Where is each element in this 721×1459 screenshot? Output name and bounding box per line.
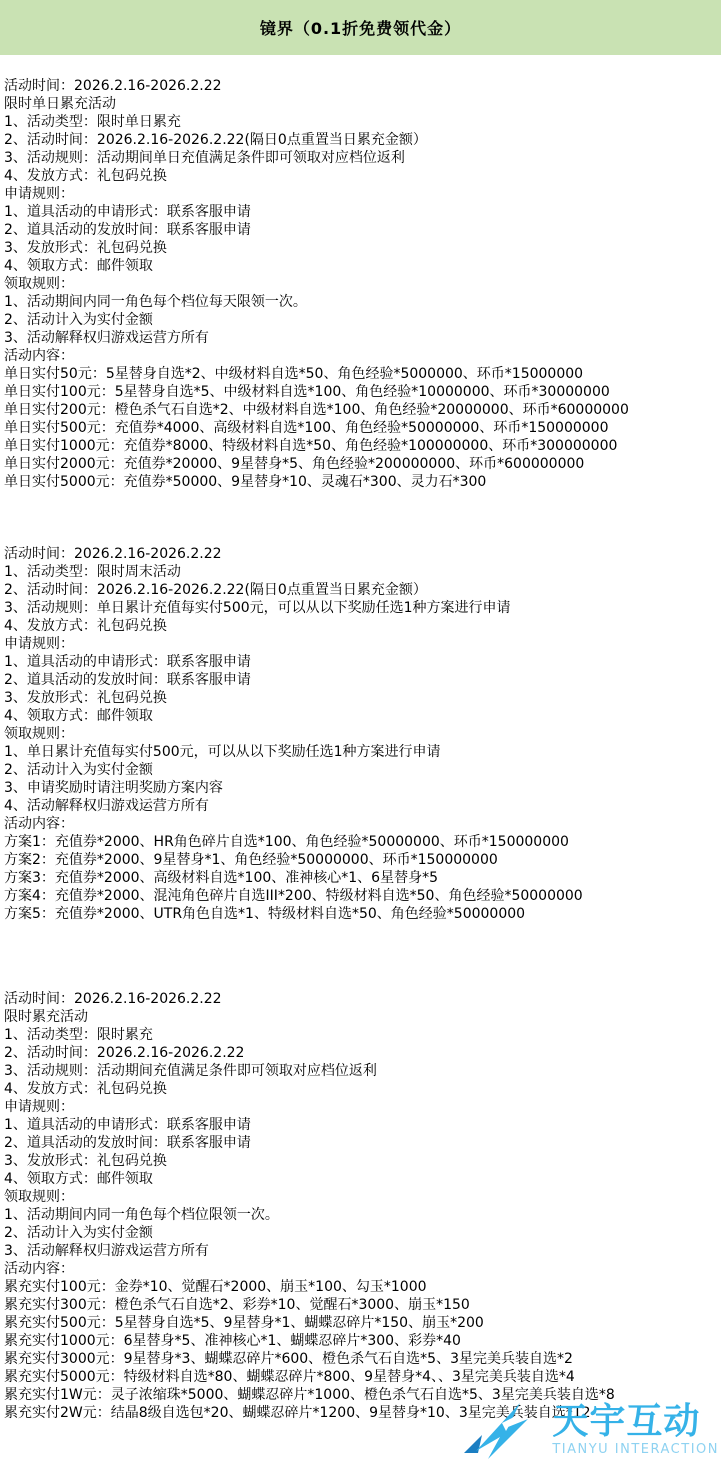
text-line: 累充实付100元：金券*10、觉醒石*2000、崩玉*100、勾玉*1000: [4, 1278, 719, 1296]
text-line: 限时累充活动: [4, 1008, 719, 1026]
text-line: 1、道具活动的申请形式：联系客服申请: [4, 1116, 719, 1134]
text-line: 方案4：充值券*2000、混沌角色碎片自选III*200、特级材料自选*50、角…: [4, 887, 719, 905]
tianyu-watermark-logo: 天宇互动 TIANYU INTERACTION: [462, 1397, 719, 1459]
text-line: 2、道具活动的发放时间：联系客服申请: [4, 1134, 719, 1152]
text-line: 领取规则：: [4, 1188, 719, 1206]
page-title: 镜界（0.1折免费领代金）: [260, 16, 461, 39]
text-line: 3、发放形式：礼包码兑换: [4, 239, 719, 257]
announcement-page: 镜界（0.1折免费领代金） 活动时间：2026.2.16-2026.2.22限时…: [0, 0, 721, 1459]
document-body: 活动时间：2026.2.16-2026.2.22限时单日累充活动1、活动类型：限…: [0, 55, 721, 1422]
text-line: 2、活动计入为实付金额: [4, 1224, 719, 1242]
text-line: 2、活动计入为实付金额: [4, 311, 719, 329]
text-line: 申请规则：: [4, 635, 719, 653]
text-line: 单日实付5000元：充值券*50000、9星替身*10、灵魂石*300、灵力石*…: [4, 473, 719, 491]
text-line: 累充实付5000元：特级材料自选*80、蝴蝶忍碎片*800、9星替身*4、、3星…: [4, 1368, 719, 1386]
text-line: 1、活动类型：限时累充: [4, 1026, 719, 1044]
text-line: 单日实付1000元：充值券*8000、特级材料自选*50、角色经验*100000…: [4, 437, 719, 455]
text-line: 1、活动期间内同一角色每个档位每天限领一次。: [4, 293, 719, 311]
text-line: 4、领取方式：邮件领取: [4, 1170, 719, 1188]
text-line: 单日实付2000元：充值券*20000、9星替身*5、角色经验*20000000…: [4, 455, 719, 473]
text-line: 单日实付200元：橙色杀气石自选*2、中级材料自选*100、角色经验*20000…: [4, 401, 719, 419]
text-line: 累充实付1000元：6星替身*5、准神核心*1、蝴蝶忍碎片*300、彩券*40: [4, 1332, 719, 1350]
text-line: 方案3：充值券*2000、高级材料自选*100、准神核心*1、6星替身*5: [4, 869, 719, 887]
text-line: 3、活动解释权归游戏运营方所有: [4, 329, 719, 347]
text-line: 申请规则：: [4, 185, 719, 203]
text-line: 单日实付500元：充值券*4000、高级材料自选*100、角色经验*500000…: [4, 419, 719, 437]
text-line: 4、发放方式：礼包码兑换: [4, 1080, 719, 1098]
text-line: 活动内容：: [4, 815, 719, 833]
activity-section-limited-cumulative-recharge: 活动时间：2026.2.16-2026.2.22限时累充活动1、活动类型：限时累…: [4, 990, 719, 1422]
text-line: 3、发放形式：礼包码兑换: [4, 689, 719, 707]
text-line: 1、活动期间内同一角色每个档位限领一次。: [4, 1206, 719, 1224]
text-line: 2、活动时间：2026.2.16-2026.2.22(隔日0点重置当日累充金额）: [4, 581, 719, 599]
text-line: 2、活动时间：2026.2.16-2026.2.22(隔日0点重置当日累充金额）: [4, 131, 719, 149]
text-line: 申请规则：: [4, 1098, 719, 1116]
text-line: 2、道具活动的发放时间：联系客服申请: [4, 671, 719, 689]
text-line: 2、活动计入为实付金额: [4, 761, 719, 779]
text-line: 1、活动类型：限时周末活动: [4, 563, 719, 581]
text-line: 2、道具活动的发放时间：联系客服申请: [4, 221, 719, 239]
text-line: 活动时间：2026.2.16-2026.2.22: [4, 545, 719, 563]
text-line: 4、领取方式：邮件领取: [4, 257, 719, 275]
text-line: 方案2：充值券*2000、9星替身*1、角色经验*50000000、环币*150…: [4, 851, 719, 869]
text-line: 2、活动时间：2026.2.16-2026.2.22: [4, 1044, 719, 1062]
text-line: 3、活动规则：单日累计充值每实付500元，可以从以下奖励任选1种方案进行申请: [4, 599, 719, 617]
text-line: 1、单日累计充值每实付500元，可以从以下奖励任选1种方案进行申请: [4, 743, 719, 761]
text-line: 活动内容：: [4, 347, 719, 365]
text-line: 方案1：充值券*2000、HR角色碎片自选*100、角色经验*50000000、…: [4, 833, 719, 851]
logo-name-en: TIANYU INTERACTION: [552, 1442, 719, 1458]
activity-section-limited-daily-cumulative-recharge: 活动时间：2026.2.16-2026.2.22限时单日累充活动1、活动类型：限…: [4, 77, 719, 491]
text-line: 1、道具活动的申请形式：联系客服申请: [4, 203, 719, 221]
text-line: 3、申请奖励时请注明奖励方案内容: [4, 779, 719, 797]
text-line: 3、活动规则：活动期间单日充值满足条件即可领取对应档位返利: [4, 149, 719, 167]
text-line: 活动时间：2026.2.16-2026.2.22: [4, 990, 719, 1008]
text-line: 累充实付300元：橙色杀气石自选*2、彩券*10、觉醒石*3000、崩玉*150: [4, 1296, 719, 1314]
text-line: 3、活动解释权归游戏运营方所有: [4, 1242, 719, 1260]
text-line: 4、领取方式：邮件领取: [4, 707, 719, 725]
text-line: 领取规则：: [4, 275, 719, 293]
text-line: 领取规则：: [4, 725, 719, 743]
text-line: 3、活动规则：活动期间充值满足条件即可领取对应档位返利: [4, 1062, 719, 1080]
page-header: 镜界（0.1折免费领代金）: [0, 0, 721, 55]
text-line: 活动时间：2026.2.16-2026.2.22: [4, 77, 719, 95]
text-line: 单日实付100元：5星替身自选*5、中级材料自选*100、角色经验*100000…: [4, 383, 719, 401]
text-line: 累充实付3000元：9星替身*3、蝴蝶忍碎片*600、橙色杀气石自选*5、3星完…: [4, 1350, 719, 1368]
text-line: 3、发放形式：礼包码兑换: [4, 1152, 719, 1170]
text-line: 累充实付500元：5星替身自选*5、9星替身*1、蝴蝶忍碎片*150、崩玉*20…: [4, 1314, 719, 1332]
activity-section-limited-weekend-activity: 活动时间：2026.2.16-2026.2.221、活动类型：限时周末活动2、活…: [4, 545, 719, 923]
text-line: 方案5：充值券*2000、UTR角色自选*1、特级材料自选*50、角色经验*50…: [4, 905, 719, 923]
paper-plane-bolt-icon: [462, 1397, 548, 1459]
text-line: 4、发放方式：礼包码兑换: [4, 617, 719, 635]
logo-text-block: 天宇互动 TIANYU INTERACTION: [552, 1402, 719, 1459]
text-line: 活动内容：: [4, 1260, 719, 1278]
text-line: 限时单日累充活动: [4, 95, 719, 113]
logo-name-cn: 天宇互动: [552, 1402, 700, 1442]
text-line: 4、发放方式：礼包码兑换: [4, 167, 719, 185]
text-line: 1、道具活动的申请形式：联系客服申请: [4, 653, 719, 671]
text-line: 4、活动解释权归游戏运营方所有: [4, 797, 719, 815]
text-line: 1、活动类型：限时单日累充: [4, 113, 719, 131]
text-line: 单日实付50元：5星替身自选*2、中级材料自选*50、角色经验*5000000、…: [4, 365, 719, 383]
